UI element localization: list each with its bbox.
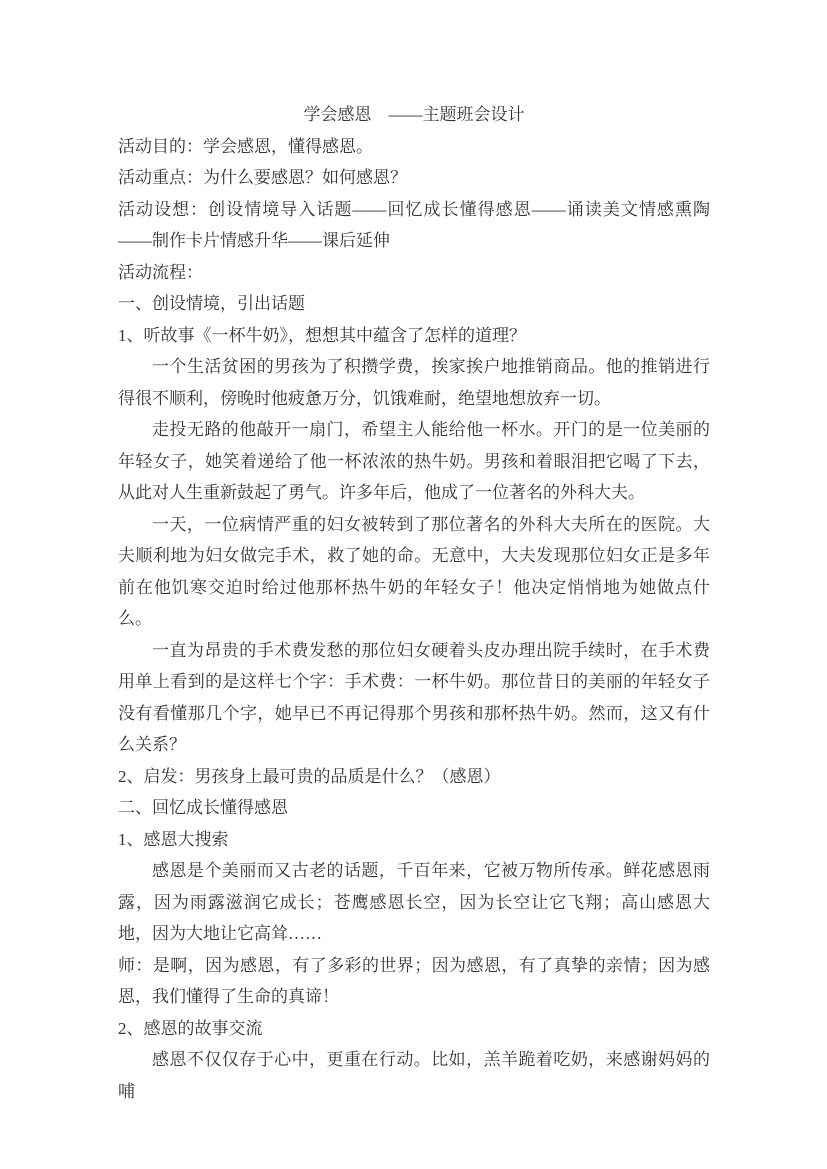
paragraph-inspiration-question: 2、启发：男孩身上最可贵的品质是什么？（感恩） <box>118 761 710 793</box>
heading-section-2: 二、回忆成长懂得感恩 <box>118 792 710 824</box>
paragraph-story-3: 一天，一位病情严重的妇女被转到了那位著名的外科大夫所在的医院。大夫顺利地为妇女做… <box>118 509 710 635</box>
paragraph-activity-focus: 活动重点：为什么要感恩？如何感恩？ <box>118 162 710 194</box>
paragraph-teacher-remark: 师：是啊，因为感恩，有了多彩的世界；因为感恩，有了真挚的亲情；因为感恩，我们懂得… <box>118 950 710 1013</box>
paragraph-story-1: 一个生活贫困的男孩为了积攒学费，挨家挨户地推销商品。他的推销进行得很不顺利，傍晚… <box>118 351 710 414</box>
paragraph-gratitude-action-body: 感恩不仅仅存于心中，更重在行动。比如，羔羊跪着吃奶，来感谢妈妈的哺 <box>118 1044 710 1107</box>
paragraph-gratitude-story-heading: 2、感恩的故事交流 <box>118 1013 710 1045</box>
paragraph-story-listen-prompt: 1、听故事《一杯牛奶》，想想其中蕴含了怎样的道理？ <box>118 320 710 352</box>
paragraph-activity-plan: 活动设想：创设情境导入话题——回忆成长懂得感恩——诵读美文情感熏陶——制作卡片情… <box>118 194 710 257</box>
paragraph-activity-purpose: 活动目的：学会感恩，懂得感恩。 <box>118 131 710 163</box>
paragraph-gratitude-search-body: 感恩是个美丽而又古老的话题，千百年来，它被万物所传承。鲜花感恩雨露，因为雨露滋润… <box>118 855 710 950</box>
paragraph-activity-process-label: 活动流程： <box>118 257 710 289</box>
document-page: 学会感恩 ——主题班会设计 活动目的：学会感恩，懂得感恩。 活动重点：为什么要感… <box>0 0 827 1169</box>
paragraph-story-2: 走投无路的他敲开一扇门，希望主人能给他一杯水。开门的是一位美丽的年轻女子，她笑着… <box>118 414 710 509</box>
paragraph-story-4: 一直为昂贵的手术费发愁的那位妇女硬着头皮办理出院手续时，在手术费用单上看到的是这… <box>118 635 710 761</box>
document-title: 学会感恩 ——主题班会设计 <box>118 99 710 131</box>
paragraph-gratitude-search-heading: 1、感恩大搜索 <box>118 824 710 856</box>
heading-section-1: 一、创设情境，引出话题 <box>118 288 710 320</box>
